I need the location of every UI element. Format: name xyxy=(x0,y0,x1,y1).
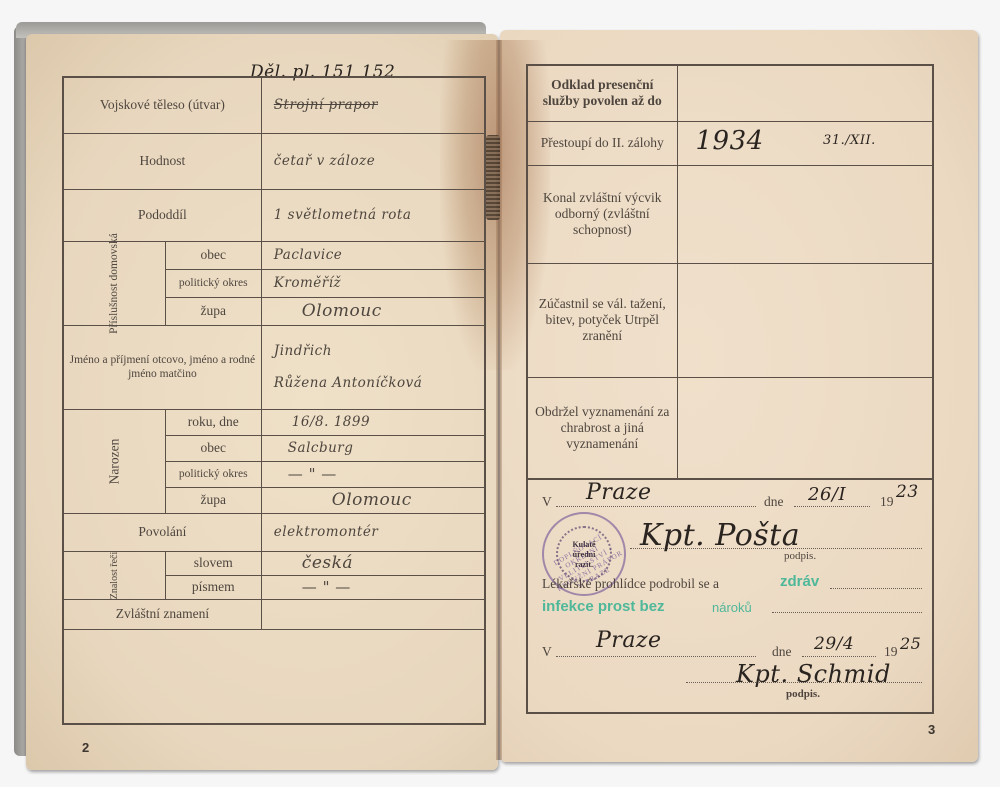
label-decorations: Obdržel vyznamenání za chrabrost a jiná … xyxy=(527,377,677,479)
label-military-unit: Vojskové těleso (útvar) xyxy=(63,77,261,133)
place-2: Praze xyxy=(596,628,662,653)
value-mother: Růžena Antoníčková xyxy=(274,375,484,391)
date-prefix-2: dne xyxy=(772,644,792,660)
year-2: 25 xyxy=(900,634,921,653)
place-1: Praze xyxy=(586,480,652,505)
dotted-line xyxy=(556,656,756,657)
place-prefix-1: V xyxy=(542,494,552,510)
value-special-marks xyxy=(261,599,485,629)
group-born: Narozen xyxy=(63,409,165,513)
value-birth-date: 16/8. 1899 xyxy=(261,409,485,435)
label-parents: Jméno a příjmení otcovo, jméno a rodné j… xyxy=(63,325,261,409)
date-2: 29/4 xyxy=(814,634,854,654)
signature-2: Kpt. Schmid xyxy=(736,660,891,688)
value-special-training xyxy=(677,165,933,263)
group-language-knowledge: Znalost řeči xyxy=(63,551,165,599)
value-father: Jindřich xyxy=(274,343,484,359)
label-written: písmem xyxy=(165,575,261,599)
label-special-training: Konal zvláštní výcvik odborný (zvláštní … xyxy=(527,165,677,263)
value-rank: četař v záloze xyxy=(261,133,485,189)
page-number-right: 3 xyxy=(928,722,935,737)
value-domicile-district: Kroměříž xyxy=(261,269,485,297)
label-reserve-transfer: Přestoupí do II. zálohy xyxy=(527,121,677,165)
value-spoken: česká xyxy=(261,551,485,575)
table-row: Hodnost četař v záloze xyxy=(63,133,485,189)
value-birth-county: Olomouc xyxy=(261,487,485,513)
label-birth-county: župa xyxy=(165,487,261,513)
label-spoken: slovem xyxy=(165,551,261,575)
dotted-line xyxy=(802,656,876,657)
medical-stamp-claims: nároků xyxy=(712,600,752,615)
label-birth-municipality: obec xyxy=(165,435,261,461)
table-row: Znalost řeči slovem česká xyxy=(63,551,485,575)
blank-area xyxy=(63,629,485,724)
value-parents: Jindřich Růžena Antoníčková xyxy=(261,325,485,409)
value-birth-municipality: Salcburg xyxy=(261,435,485,461)
value-birth-district: — " — xyxy=(261,461,485,487)
label-birth-district: politický okres xyxy=(165,461,261,487)
dotted-line xyxy=(830,588,922,589)
date-prefix-1: dne xyxy=(764,494,784,510)
value-deferment xyxy=(677,65,933,121)
year-1: 23 xyxy=(896,482,919,502)
stamp-inner: Kulatě úřední razít. xyxy=(556,526,612,582)
group-domicile: Příslušnost domovská xyxy=(63,241,165,325)
value-war-participation xyxy=(677,263,933,377)
table-row: Zvláštní znamení xyxy=(63,599,485,629)
year-prefix-2: 19 xyxy=(884,644,898,660)
value-reserve-year: 1934 xyxy=(696,126,764,156)
table-row: Vojskové těleso (útvar) Strojní prapor xyxy=(63,77,485,133)
table-row: Obdržel vyznamenání za chrabrost a jiná … xyxy=(527,377,933,479)
medical-stamp-infection-free: infekce prost bez xyxy=(542,598,665,615)
label-birth-date: roku, dne xyxy=(165,409,261,435)
label-special-marks: Zvláštní znamení xyxy=(63,599,261,629)
value-military-unit: Strojní prapor xyxy=(261,77,485,133)
table-row-blank xyxy=(63,629,485,724)
table-row: Příslušnost domovská obec Paclavice xyxy=(63,241,485,269)
table-row: Zúčastnil se vál. tažení, bitev, potyček… xyxy=(527,263,933,377)
dotted-line xyxy=(772,612,922,613)
dotted-line xyxy=(556,506,756,507)
value-written: — " — xyxy=(261,575,485,599)
place-prefix-2: V xyxy=(542,644,552,660)
signature-label-1: podpis. xyxy=(784,550,816,562)
label-occupation: Povolání xyxy=(63,513,261,551)
value-reserve-date: 31./XII. xyxy=(823,133,876,148)
value-domicile-municipality: Paclavice xyxy=(261,241,485,269)
table-row: Konal zvláštní výcvik odborný (zvláštní … xyxy=(527,165,933,263)
binding-thread xyxy=(486,135,500,220)
label-war-participation: Zúčastnil se vál. tažení, bitev, potyček… xyxy=(527,263,677,377)
label-domicile-county: župa xyxy=(165,297,261,325)
label-domicile-district: politický okres xyxy=(165,269,261,297)
date-1: 26/I xyxy=(808,484,846,505)
value-domicile-county: Olomouc xyxy=(261,297,485,325)
label-subunit: Pododdíl xyxy=(63,189,261,241)
value-subunit: 1 světlometná rota xyxy=(261,189,485,241)
table-row: Přestoupí do II. zálohy 1934 31./XII. xyxy=(527,121,933,165)
value-decorations xyxy=(677,377,933,479)
value-occupation: elektromontér xyxy=(261,513,485,551)
year-prefix-1: 19 xyxy=(880,494,894,510)
page-number-left: 2 xyxy=(82,740,89,755)
label-rank: Hodnost xyxy=(63,133,261,189)
table-row: Povolání elektromontér xyxy=(63,513,485,551)
medical-stamp-healthy: zdráv xyxy=(780,573,819,590)
table-row: Pododdíl 1 světlometná rota xyxy=(63,189,485,241)
signature-label-2: podpis. xyxy=(786,688,820,700)
table-row: Jméno a příjmení otcovo, jméno a rodné j… xyxy=(63,325,485,409)
service-record-table: Odklad presenční služby povolen až do Př… xyxy=(526,64,934,480)
label-domicile-municipality: obec xyxy=(165,241,261,269)
personal-data-table: Vojskové těleso (útvar) Strojní prapor H… xyxy=(62,76,486,725)
table-row: Narozen roku, dne 16/8. 1899 xyxy=(63,409,485,435)
label-deferment: Odklad presenční služby povolen až do xyxy=(527,65,677,121)
value-reserve-transfer: 1934 31./XII. xyxy=(677,121,933,165)
medical-exam-text: Lékařské prohlídce podrobil se a xyxy=(542,576,719,592)
table-row: Odklad presenční služby povolen až do xyxy=(527,65,933,121)
dotted-line xyxy=(794,506,870,507)
signature-1: Kpt. Pošta xyxy=(640,518,800,553)
